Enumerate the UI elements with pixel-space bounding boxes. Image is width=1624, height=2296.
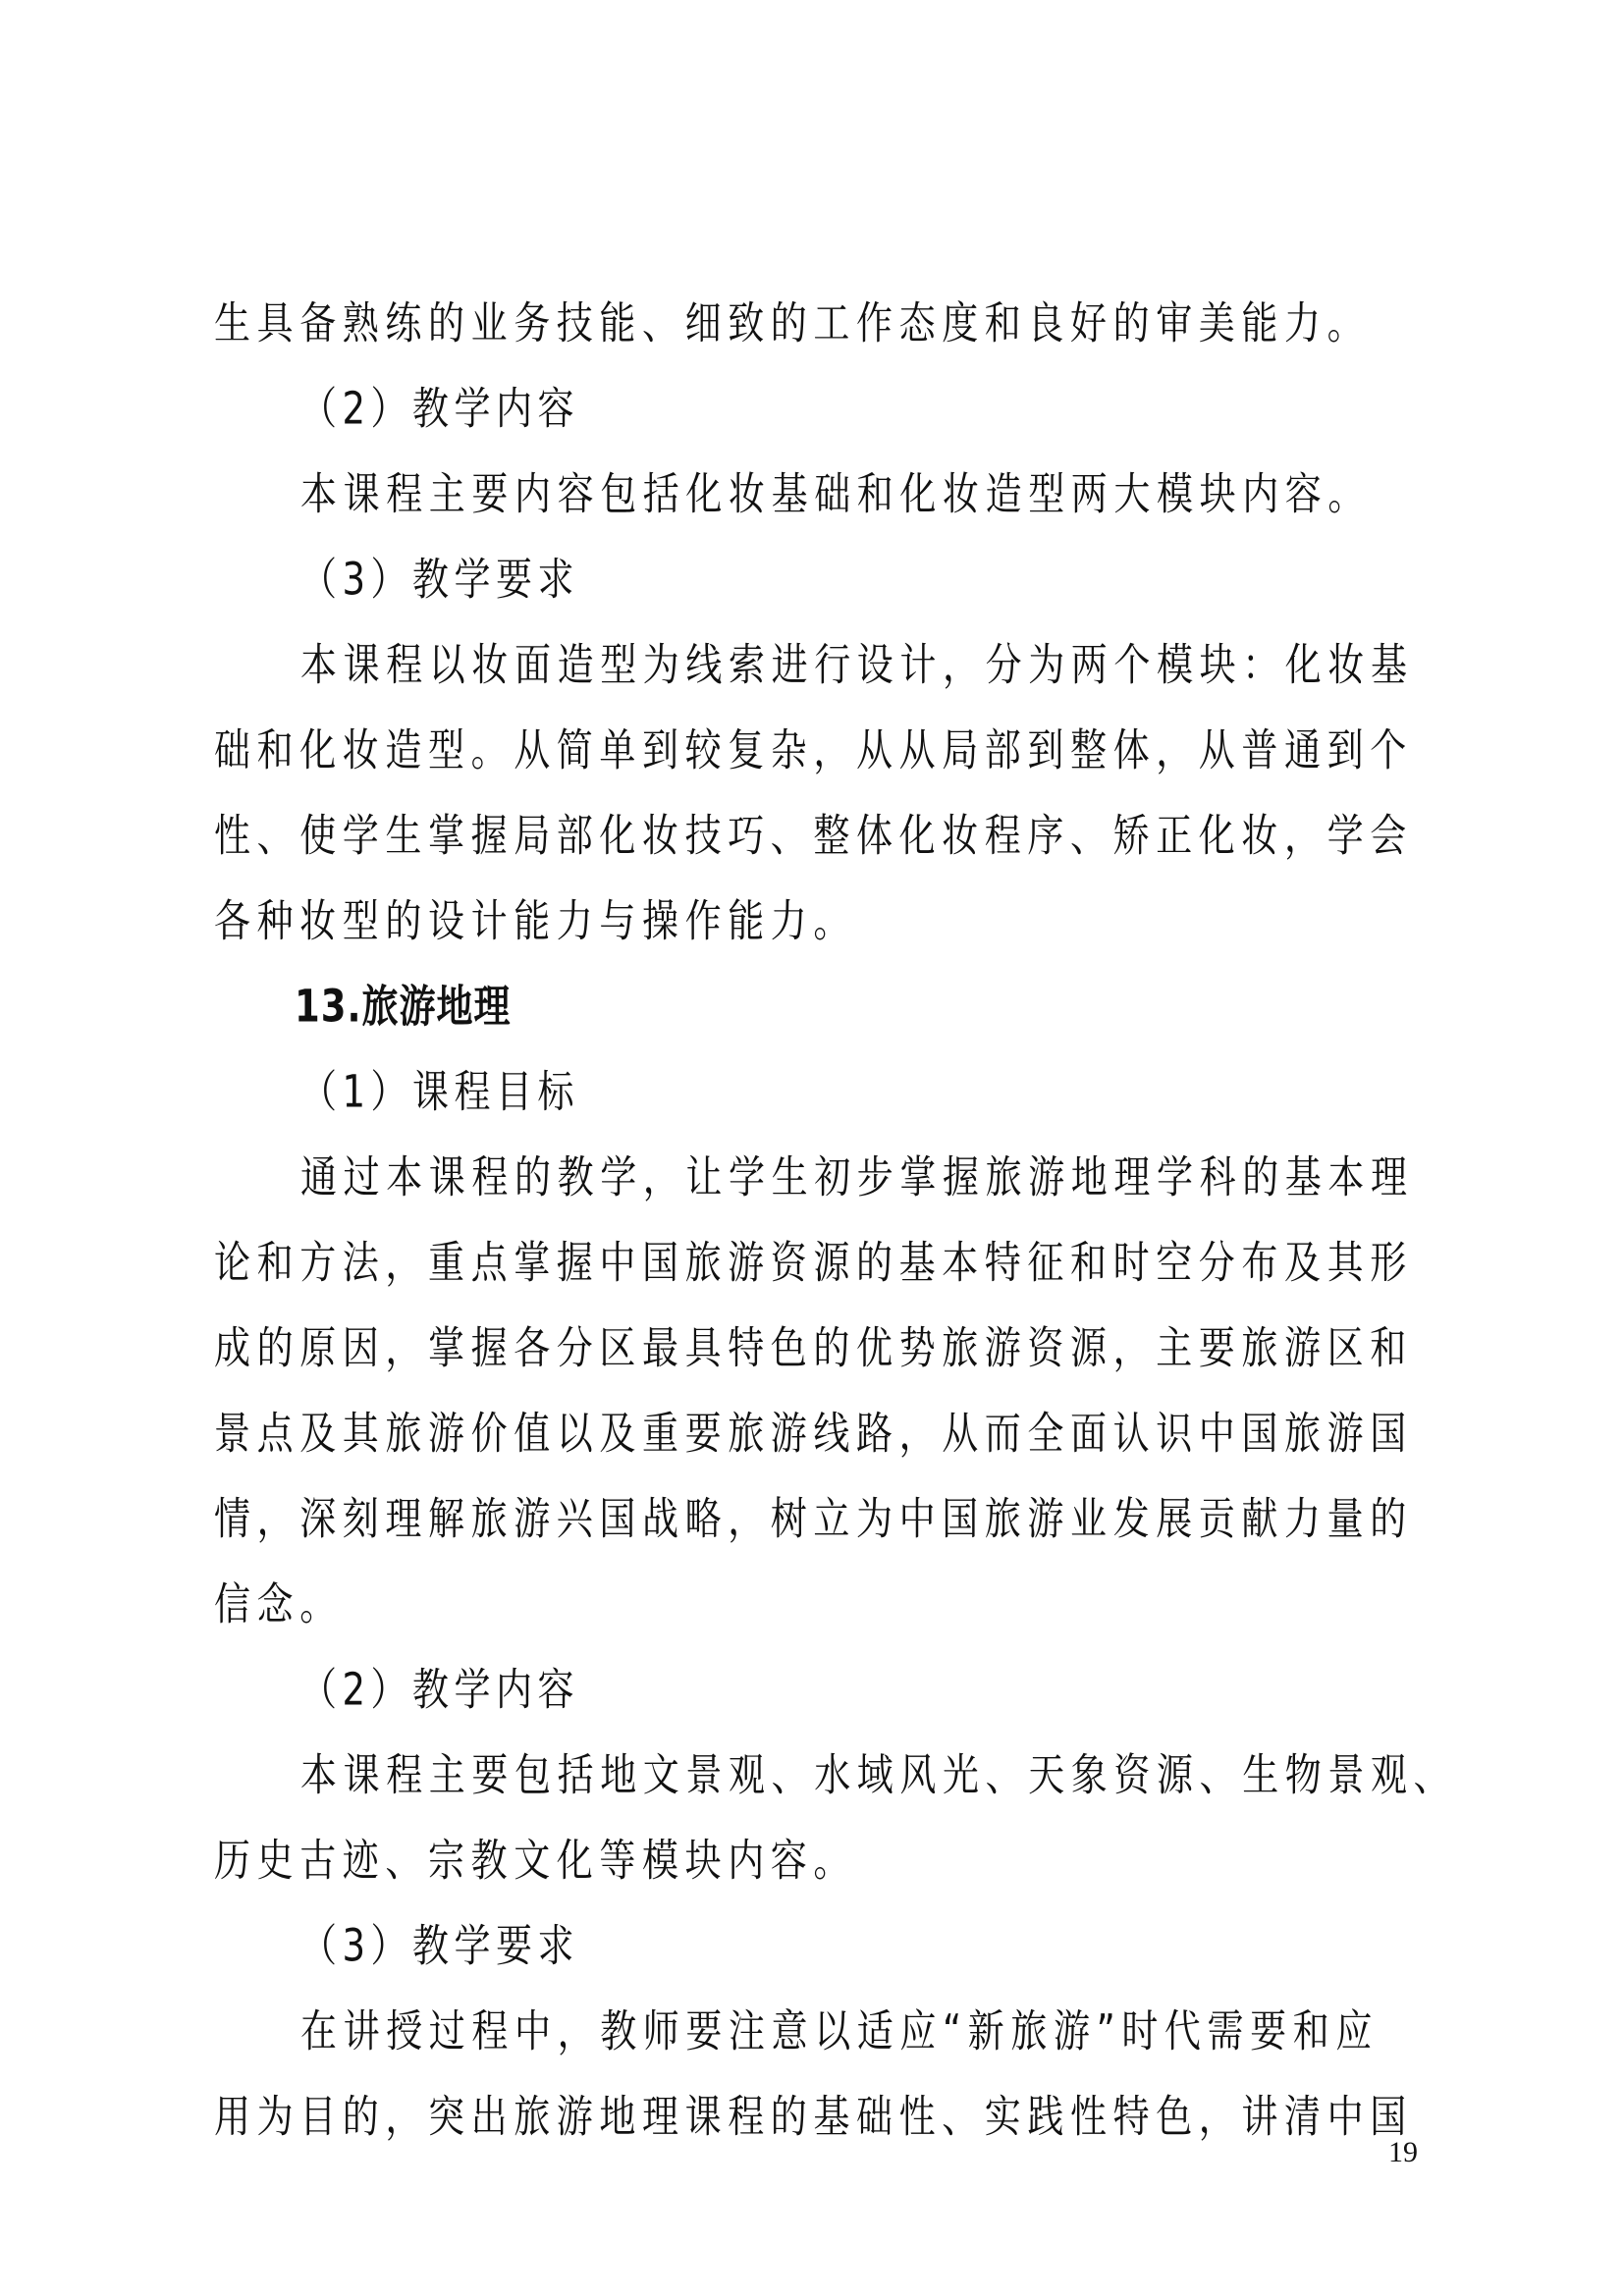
- subheading-teaching-requirements: （3）教学要求: [300, 552, 579, 610]
- document-page: 生具备熟练的业务技能、细致的工作态度和良好的审美能力。 （2）教学内容 本课程主…: [0, 0, 1624, 2296]
- paragraph-line: 本课程以妆面造型为线索进行设计，分为两个模块：化妆基: [300, 637, 1414, 695]
- subheading-teaching-content: （2）教学内容: [300, 1662, 579, 1720]
- paragraph-line: 本课程主要内容包括化妆基础和化妆造型两大模块内容。: [300, 466, 1371, 524]
- subheading-course-objectives: （1）课程目标: [300, 1064, 579, 1122]
- body-line: 用为目的，突出旅游地理课程的基础性、实践性特色，讲清中国: [214, 2089, 1413, 2147]
- body-line: 景点及其旅游价值以及重要旅游线路，从而全面认识中国旅游国: [214, 1406, 1413, 1464]
- body-line: 信念。: [214, 1576, 343, 1634]
- body-line: 成的原因，掌握各分区最具特色的优势旅游资源，主要旅游区和: [214, 1320, 1413, 1378]
- subheading-teaching-content: （2）教学内容: [300, 381, 579, 439]
- page-number: 19: [1388, 2136, 1418, 2169]
- paragraph-line: 本课程主要包括地文景观、水域风光、天象资源、生物景观、: [300, 1747, 1456, 1805]
- paragraph-line: 在讲授过程中，教师要注意以适应“新旅游”时代需要和应: [300, 2003, 1379, 2061]
- body-line: 情，深刻理解旅游兴国战略，树立为中国旅游业发展贡献力量的: [214, 1491, 1413, 1549]
- body-line: 各种妆型的设计能力与操作能力。: [214, 893, 856, 951]
- section-heading: 13.旅游地理: [295, 979, 512, 1037]
- body-line: 论和方法，重点掌握中国旅游资源的基本特征和时空分布及其形: [214, 1235, 1413, 1293]
- body-line: 生具备熟练的业务技能、细致的工作态度和良好的审美能力。: [214, 295, 1370, 353]
- paragraph-line: 通过本课程的教学，让学生初步掌握旅游地理学科的基本理: [300, 1149, 1414, 1207]
- body-line: 性、使学生掌握局部化妆技巧、整体化妆程序、矫正化妆，学会: [214, 808, 1413, 866]
- subheading-teaching-requirements: （3）教学要求: [300, 1918, 579, 1976]
- body-line: 础和化妆造型。从简单到较复杂，从从局部到整体，从普通到个: [214, 722, 1413, 780]
- body-line: 历史古迹、宗教文化等模块内容。: [214, 1833, 856, 1891]
